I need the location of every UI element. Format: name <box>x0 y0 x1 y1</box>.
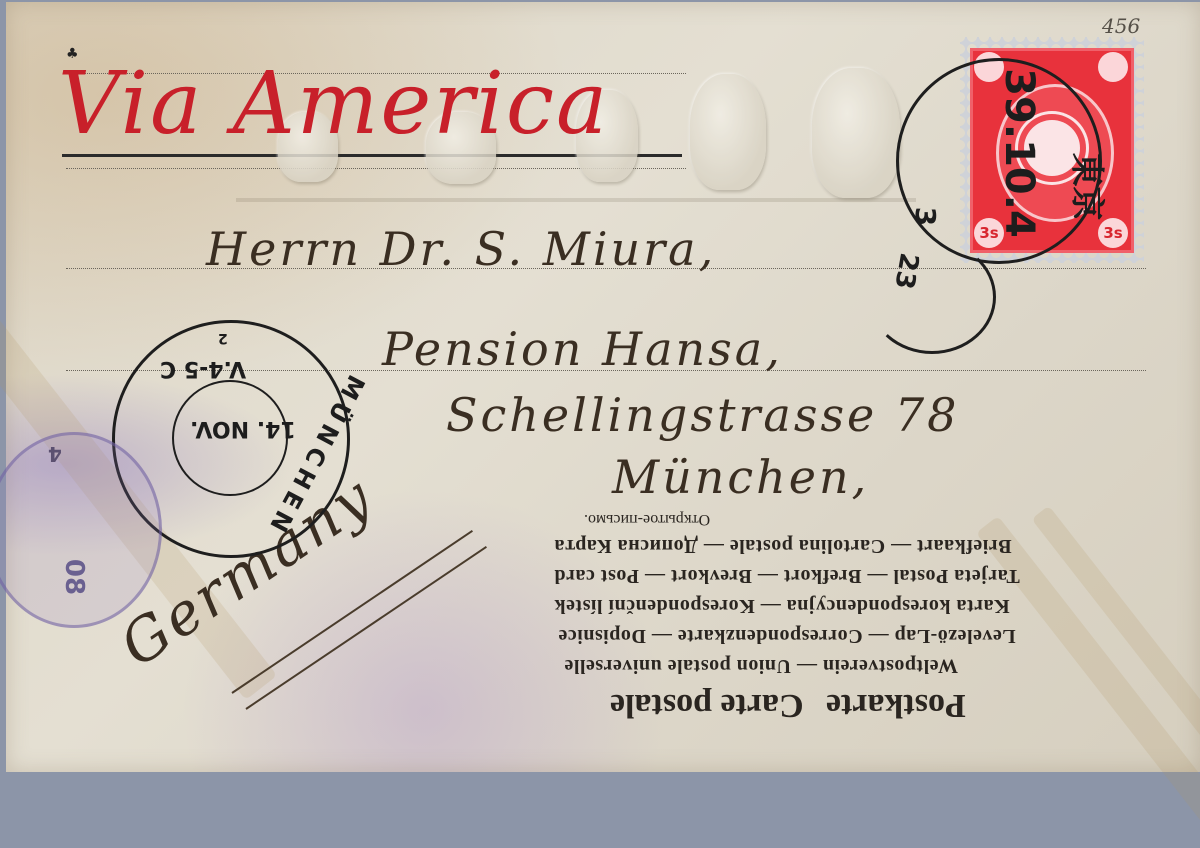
address-street: Schellingstrasse 78 <box>446 388 959 442</box>
violet-postmark-text: 4 <box>48 442 62 466</box>
stamp-value-corner: 3s <box>1098 218 1128 248</box>
address-pension: Pension Hansa, <box>382 322 783 376</box>
address-city: München, <box>612 450 869 504</box>
transit-postmark <box>868 240 996 354</box>
munich-postmark-date: 14. NOV. <box>190 416 296 441</box>
printed-line-4: Tarjeta Postal — Brefkort — Brevkort — P… <box>554 564 1020 587</box>
emboss-baseline <box>236 198 916 202</box>
postcard: ♣ Via America 456 Herrn Dr. S. Miura, Pe… <box>6 2 1200 772</box>
munich-postmark-number: 2 <box>218 330 228 346</box>
transit-postmark-text: 23 <box>888 251 924 292</box>
routing-note: Via America <box>58 54 609 154</box>
printed-line-3: Karta korespondencyjna — Korespondenční … <box>554 594 1010 617</box>
japan-postmark-extra: 3 <box>909 207 942 226</box>
printed-line-5: Briefkaart — Cartolina postale — Дописна… <box>554 534 1012 557</box>
stamp-corner-icon <box>1098 52 1128 82</box>
printed-line-1: Weltpostverein — Union postale universel… <box>564 654 958 677</box>
printed-russian: Открытое-письмо. <box>584 510 710 528</box>
embossed-frog <box>812 68 900 198</box>
violet-postmark <box>0 432 162 628</box>
printed-line-2: Levelezö-Lap — Correspondenzkarte — Dopi… <box>558 624 1016 647</box>
water-stain <box>1031 506 1200 772</box>
pencil-note: 456 <box>1102 14 1140 38</box>
japan-postmark-city: 東京 <box>1066 153 1115 221</box>
address-name: Herrn Dr. S. Miura, <box>206 222 716 276</box>
violet-postmark-digits: 08 <box>59 559 89 595</box>
embossed-frog <box>690 74 766 190</box>
printed-title-right: Carte postale <box>610 686 804 724</box>
printed-title-left: Postkarte <box>826 686 966 724</box>
japan-postmark-date: 39.10.4 <box>996 68 1042 238</box>
munich-postmark-time: V.4-5 C <box>160 356 246 381</box>
